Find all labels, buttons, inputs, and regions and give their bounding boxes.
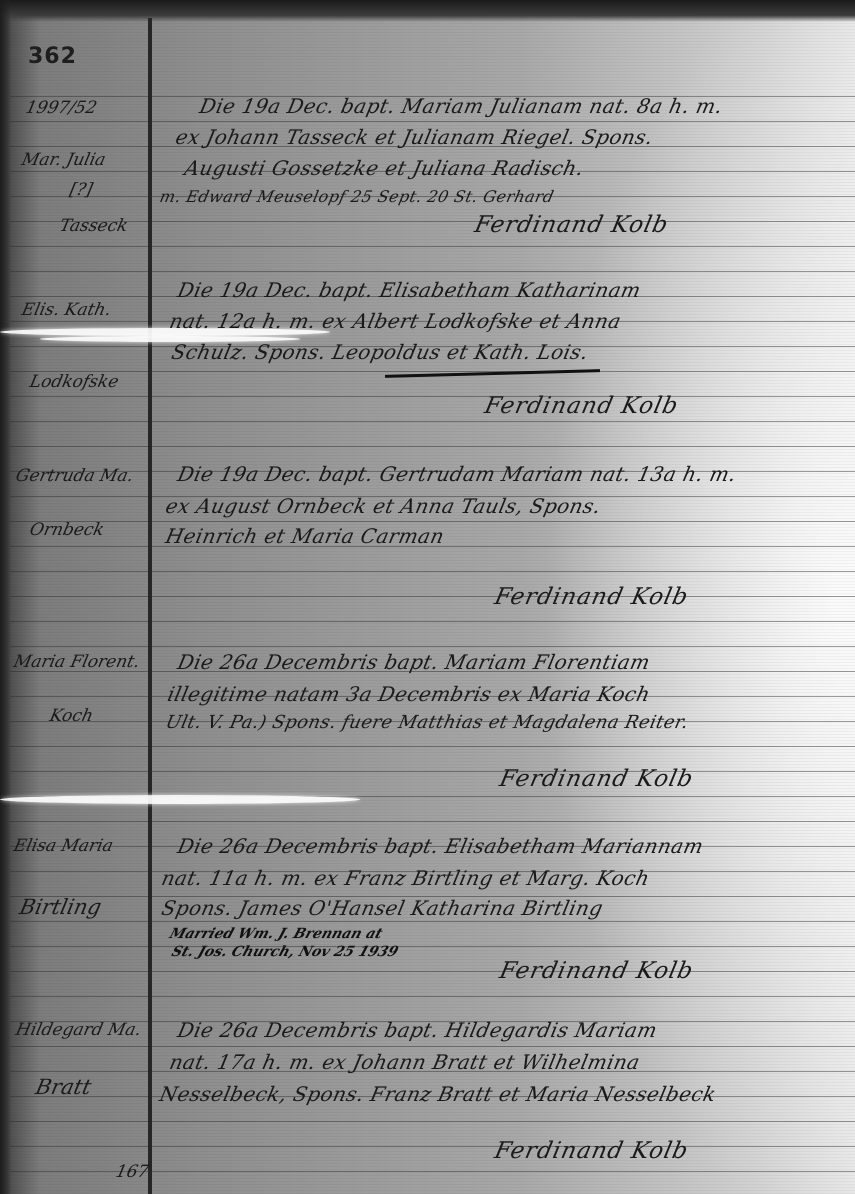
entry-text-line: Schulz. Spons. Leopoldus et Kath. Lois. — [169, 340, 590, 364]
entry-text-line: Die 26a Decembris bapt. Mariam Florentia… — [175, 650, 652, 674]
entry-text-line: illegitime natam 3a Decembris ex Maria K… — [165, 682, 652, 706]
entry-text-line: nat. 17a h. m. ex Johann Bratt et Wilhel… — [167, 1050, 642, 1074]
marriage-annotation: St. Jos. Church, Nov 25 1939 — [169, 944, 400, 960]
priest-signature: Ferdinand Kolb — [497, 958, 696, 984]
binding-edge — [0, 0, 10, 1194]
margin-note: [?] — [68, 180, 95, 200]
entry-text-line: Nesselbeck, Spons. Franz Bratt et Maria … — [157, 1082, 718, 1106]
register-page: 362 1997/52 Mar. Julia [?] Tasseck Die 1… — [0, 0, 855, 1194]
entry-text-line: nat. 11a h. m. ex Franz Birtling et Marg… — [159, 866, 651, 890]
page-number: 362 — [28, 44, 77, 69]
margin-column-rule — [148, 18, 152, 1194]
entry-text-line: Die 19a Dec. bapt. Elisabetham Katharina… — [175, 278, 643, 302]
margin-note: Maria Florent. — [12, 652, 142, 672]
entry-text-line: Die 26a Decembris bapt. Hildegardis Mari… — [175, 1018, 659, 1042]
entry-text-line: Heinrich et Maria Carman — [163, 524, 446, 548]
scan-top-shadow — [0, 0, 855, 22]
margin-note: Mar. Julia — [20, 150, 108, 170]
entry-text-line: m. Edward Meuselopf 25 Sept. 20 St. Gerh… — [158, 187, 556, 206]
margin-note: Koch — [48, 706, 95, 726]
entry-text-line: Spons. James O'Hansel Katharina Birtling — [159, 896, 605, 920]
footer-number: 167 — [114, 1162, 151, 1182]
entry-text-line: Ult. V. Pa.) Spons. fuere Matthias et Ma… — [164, 712, 691, 733]
priest-signature: Ferdinand Kolb — [492, 1138, 691, 1164]
entry-text-line: Die 19a Dec. bapt. Mariam Julianam nat. … — [197, 94, 725, 118]
margin-note: 1997/52 — [24, 98, 99, 118]
margin-note: Elis. Kath. — [20, 300, 113, 320]
margin-note: Gertruda Ma. — [14, 466, 135, 486]
entry-text-line: nat. 12a h. m. ex Albert Lodkofske et An… — [167, 309, 623, 333]
entry-text-line: Die 19a Dec. bapt. Gertrudam Mariam nat.… — [175, 462, 738, 486]
entry-text-line: ex August Ornbeck et Anna Tauls, Spons. — [163, 494, 603, 518]
entry-text-line: ex Johann Tasseck et Julianam Riegel. Sp… — [173, 125, 655, 149]
margin-note: Birtling — [17, 895, 103, 919]
entry-text-line: Augusti Gossetzke et Juliana Radisch. — [182, 156, 586, 180]
margin-note: Hildegard Ma. — [14, 1020, 143, 1040]
margin-note: Elisa Maria — [12, 836, 115, 856]
priest-signature: Ferdinand Kolb — [492, 584, 691, 610]
priest-signature: Ferdinand Kolb — [472, 212, 671, 238]
margin-note: Ornbeck — [28, 520, 106, 540]
paper-tear — [0, 795, 360, 804]
margin-note: Lodkofske — [28, 372, 121, 392]
entry-text-line: Die 26a Decembris bapt. Elisabetham Mari… — [175, 834, 705, 858]
priest-signature: Ferdinand Kolb — [497, 766, 696, 792]
priest-signature: Ferdinand Kolb — [482, 393, 681, 419]
marriage-annotation: Married Wm. J. Brennan at — [167, 926, 384, 942]
margin-note: Bratt — [33, 1075, 93, 1099]
margin-note: Tasseck — [58, 216, 130, 236]
